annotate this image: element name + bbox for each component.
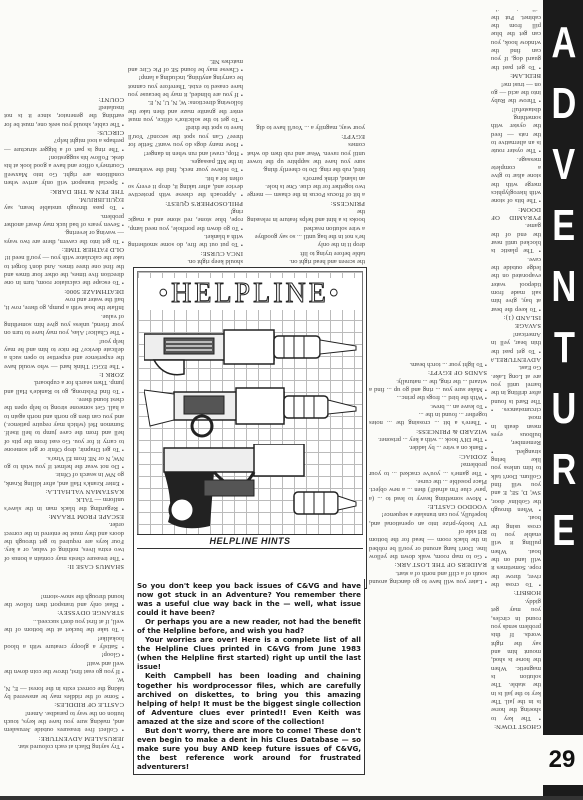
game-title-heading: JERUSALEM ADVENTURE: [4, 733, 124, 741]
game-title-heading: INCA CURSE: [128, 248, 243, 256]
clue-text: • Collect five treasures outside Jerusal… [4, 708, 124, 733]
clue-text: • Approach the cheese with protective de… [128, 173, 243, 198]
clue-text: • To relieve your neck, find the workman… [128, 157, 243, 174]
clue-text: • If you go east first, throw the coin d… [4, 658, 124, 675]
title-letter: E [553, 195, 576, 256]
game-title-heading: WIZARD & PRINCESS: [369, 426, 487, 434]
helpline-paragraph: So you don't keep you back issues of C&V… [137, 581, 361, 617]
clue-text: • Regarding the black man in the slave's… [4, 495, 124, 512]
game-title-heading: THE PEN & THE DARK: [4, 186, 124, 194]
clue-text: • There's a bit ... crossing the ... not… [369, 410, 487, 427]
clue-text: • To get into the cavern, there are two … [4, 228, 124, 245]
clue-text: • Special transport will only arrive whe… [4, 153, 124, 186]
game-title-heading: ZORK I: [4, 370, 124, 378]
game-title-heading: STRANGE ODYSSEY: [4, 608, 124, 616]
clue-text: • The oyster route is an alternative to … [491, 104, 541, 154]
title-letter: U [552, 378, 577, 439]
helpline-paragraph: Your worries are over! Here is a complet… [137, 635, 361, 671]
clue-text: • To get past the guard dog, if you can … [491, 10, 541, 71]
clue-text: drop it in the only [247, 240, 365, 248]
clue-text: • The treasure chests may contain a bonu… [4, 520, 124, 562]
clue-text: • To escape the calculator room, turn in… [4, 253, 124, 286]
text-column-1: SHAMUS CASE II:• The treasure chests may… [4, 10, 124, 570]
text-column-5: GHOST TOWN:• The key to shoeing the hors… [491, 10, 541, 730]
game-title-heading: SANDS OF EGYPT: [369, 368, 487, 376]
clue-text: your way, magnify a ... You'll have to d… [247, 123, 365, 131]
magazine-page: SHAMUS CASE II:• The treasure chests may… [0, 0, 583, 800]
helpline-paragraph: Or perhaps you are a new reader, not had… [137, 617, 361, 635]
clue-text: • To get Drapnir, drop Ofnir or get some… [4, 395, 124, 453]
clue-text: • To find Felstrong, go to Rankie's Hall… [4, 378, 124, 395]
clue-text: • To get to the solicitor's office, you … [128, 98, 243, 123]
game-title-heading: SAVAGE ISLAND (1): [491, 313, 541, 330]
game-title-heading: GHOST TOWN: [491, 722, 541, 730]
helpline-hints-heading: HELPLINE HINTS [137, 534, 363, 549]
clue-text: • Seven years of bad luck may dwarf anot… [4, 211, 124, 228]
game-title-heading: SHAMUS CASE II: [4, 562, 124, 570]
clue-text: TV booby-prize into an operational and, … [369, 510, 487, 527]
clue-text: • Make sure you ... ring and go up ... f… [369, 376, 487, 393]
text-column-2: should keep right on.INCA CURSE:• To put… [128, 10, 243, 265]
clue-text: • Some of the riddles may be answered by… [4, 675, 124, 700]
game-title-heading: HOBBIT: [491, 588, 541, 596]
game-title-heading: CASTLE OF RIDDLES: [4, 700, 124, 708]
clue-text: • The ring is part of a bigger structure… [4, 136, 124, 153]
clue-text: • To cross the river, throw the rope. So… [491, 513, 541, 588]
clue-text: • Blast only and transport then follow t… [4, 591, 124, 608]
ray-gun-icon [144, 380, 358, 442]
helpline-intro-text: So you don't keep you back issues of C&V… [133, 579, 365, 775]
game-title-heading: COUNT: [4, 94, 124, 102]
section-title-adventure: A D V E N T U R E [545, 12, 583, 561]
clue-text: • Gloop! [4, 650, 124, 658]
clue-text: • To pass through unstable beam, say EQU… [4, 195, 124, 212]
game-title-heading: PHILOSOPHER'S QUEST: [128, 198, 243, 206]
page-number: 29 [541, 735, 583, 785]
game-title-heading: VOODOO CASTLE: [369, 502, 487, 510]
title-letter: V [553, 134, 576, 195]
clue-text: • Throw the Ruby into the acid — go on —… [491, 79, 541, 104]
title-letter: T [554, 317, 575, 378]
clue-text: • The cable, should you seek one, must b… [4, 103, 124, 128]
clue-text: • Satisfy a gloopy creature with a blood… [4, 633, 124, 650]
scan-edge [0, 796, 583, 800]
clue-text: Inflate the boat with a pump, go there, … [4, 295, 124, 312]
text-column-3: the screen and head right on.table befor… [247, 10, 365, 265]
clue-text: an island, drink parrot's [247, 173, 365, 181]
title-letter: E [553, 500, 576, 561]
clue-text: books is a hint and helps feature in rel… [247, 207, 365, 224]
clue-text: • Hop, crawl and run when in danger! [128, 148, 243, 156]
game-title-heading: ZODIAC: [369, 452, 487, 460]
game-title-heading: CIRCUS: [4, 128, 124, 136]
clue-text: a wire solution reached [247, 223, 365, 231]
clue-text: • Cheese may be found SE of Pic Circ and… [128, 56, 243, 73]
clue-text: • To go down the porthole, you need lamp… [128, 207, 243, 232]
clue-text: • Later you will have to go dancing arou… [369, 568, 487, 585]
clue-text: • When through the Goblins' door, SW, D,… [491, 363, 541, 513]
clue-text: • If you are blinded, it may be because … [128, 73, 243, 98]
clue-text: • Enter Krank's Hall and, after killing … [4, 470, 124, 487]
helpline-illustration: •HELPLINE• [137, 271, 363, 535]
clue-text: • Try saying Blach at each coloured star… [4, 742, 124, 750]
clue-text: • To take the bucket at the bottom of th… [4, 617, 124, 634]
game-title-heading: PYRAMID OF DOOM: [491, 204, 541, 221]
clue-text: • To light your ... torch beam. [369, 360, 487, 368]
clue-text: • Move something heavy to lead to ... (a… [369, 477, 487, 502]
game-title-heading: BEDLAM: [491, 71, 541, 79]
clue-text: • To get past the thin bear, yell in Ame… [491, 330, 541, 355]
game-title-heading: ADVENTURELAND: [491, 355, 541, 363]
text-column-1-bottom: • Try saying Blach at each coloured star… [4, 590, 124, 750]
clue-text: • With the bird ... frogs the princ... [369, 393, 487, 401]
clue-text: • The DIY book ... with a key ... prison… [369, 435, 487, 443]
clue-text: • The EGG! Think hard — who would have t… [4, 336, 124, 369]
game-title-heading: EGYPT: [247, 132, 365, 140]
helpline-paragraph: But don't worry, there are more to come!… [137, 726, 361, 771]
clue-text: • Go to map room, walk down the yellow l… [369, 527, 487, 560]
clue-text: • The game's ... you've cracked ... to y… [369, 460, 487, 477]
game-title-heading: ESCAPE FROM TRAAM: [4, 512, 124, 520]
clue-text: • To put out the fire, do some smotherin… [128, 232, 243, 249]
clue-text: table before trying to lift [247, 248, 365, 256]
clue-text: should keep right on. [128, 257, 243, 265]
game-title-heading: OLD FATHER TIME: [4, 245, 124, 253]
clue-text: • The key to shoeing the horse is in the… [491, 597, 541, 722]
game-title-heading: DEATHMAZE 5000: [4, 286, 124, 294]
title-letter: R [552, 439, 577, 500]
clue-text: sure you have the sapphire up the tower … [247, 140, 365, 165]
clue-text: bird, rub the ring. Do to cheerily thing… [247, 165, 365, 173]
clue-text: • The Chalice! Alas, you may have to tur… [4, 311, 124, 336]
game-title-heading: PRINCESS: [247, 198, 365, 206]
title-letter: N [552, 256, 577, 317]
clue-text: • To keep the bear at bay, give him salt… [491, 254, 541, 312]
clue-text: • The plastic is blocked until near the … [491, 221, 541, 254]
text-column-4: • Later you will have to go dancing arou… [369, 10, 487, 585]
clue-text: • To leave an ... brew. [369, 401, 487, 409]
helpline-paragraph: Keith Campbell has been loading and chai… [137, 671, 361, 725]
helpline-box: •HELPLINE• [133, 267, 367, 589]
clue-text: • Bank on a wire ... by ladder. [369, 443, 487, 451]
ray-gun-icon [144, 444, 358, 534]
game-title-heading: KASTAMAN VALHALLA: [4, 487, 124, 495]
ray-gun-icon [144, 320, 358, 380]
clue-text: he's not in the bag until ... so say goo… [247, 232, 365, 240]
clue-text: the screen and head right on. [247, 257, 365, 265]
clue-text: • The bits of stone with hieroglyphics m… [491, 154, 541, 204]
title-letter: A [552, 12, 577, 73]
title-letter: D [552, 73, 577, 134]
clue-text: • Do not wear the helmet if you wish to … [4, 453, 124, 470]
clue-text: • How many dogs do you want? Settle for … [128, 123, 243, 148]
game-title-heading: RAIDERS OF THE LOST ARK: [369, 560, 487, 568]
clue-text: a bit of Hocus Pocus in the chasm — merg… [247, 182, 365, 199]
helpline-logo: •HELPLINE• [138, 278, 362, 310]
